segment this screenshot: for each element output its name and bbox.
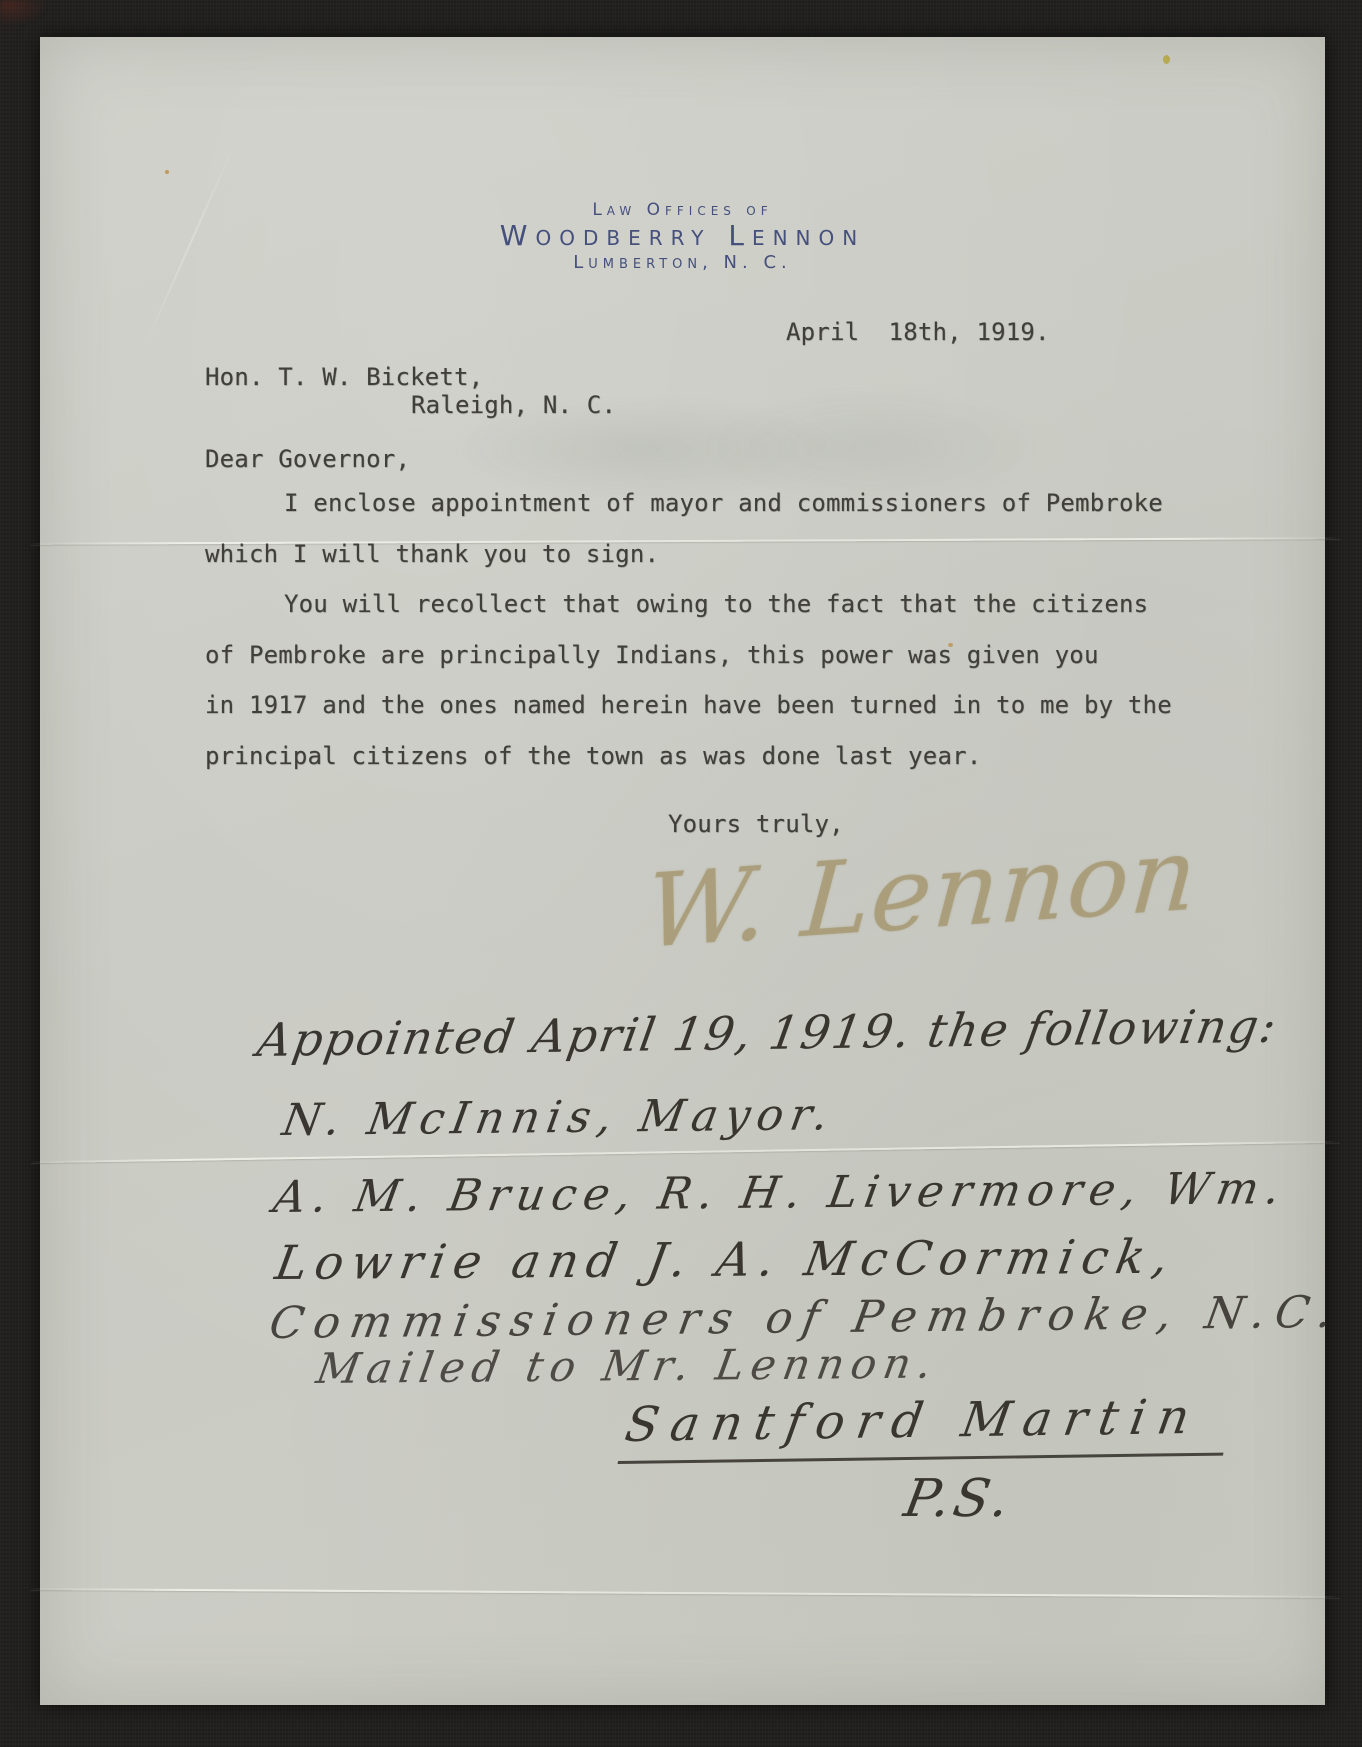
- annotation-mayor: N. McInnis, Mayor.: [279, 1089, 839, 1146]
- recipient-name: Hon. T. W. Bickett,: [205, 363, 483, 391]
- secretary-signature: Santford Martin: [618, 1389, 1234, 1464]
- body-line: of Pembroke are principally Indians, thi…: [205, 641, 1215, 692]
- letter-page: Law Offices of Woodberry Lennon Lumberto…: [40, 37, 1325, 1705]
- body-line: in 1917 and the ones named herein have b…: [205, 691, 1215, 742]
- closing: Yours truly,: [668, 810, 844, 838]
- letter-body: I enclose appointment of mayor and commi…: [205, 489, 1215, 793]
- body-line: principal citizens of the town as was do…: [205, 742, 1215, 793]
- body-line: which I will thank you to sign.: [205, 540, 1215, 591]
- paper-fold-crease-middle: [30, 1141, 1340, 1164]
- body-line: I enclose appointment of mayor and commi…: [205, 489, 1215, 540]
- paper-speck: [1163, 55, 1170, 64]
- letterhead-firm-name: Woodberry Lennon: [40, 219, 1325, 252]
- annotation-mailed-note: Mailed to Mr. Lennon.: [313, 1339, 942, 1393]
- annotation-appointed: Appointed April 19, 1919. the following:: [254, 999, 1282, 1067]
- salutation: Dear Governor,: [205, 445, 410, 473]
- letterhead-location: Lumberton, N. C.: [40, 252, 1325, 273]
- letterhead-line1: Law Offices of: [40, 200, 1325, 220]
- paper-speck: [165, 170, 169, 174]
- lennon-signature: W. Lennon: [642, 815, 1202, 972]
- annotation-commissioners-names-1: A. M. Bruce, R. H. Livermore, Wm.: [270, 1163, 1291, 1223]
- recipient-city: Raleigh, N. C.: [411, 391, 616, 419]
- annotation-commissioners-names-2: Lowrie and J. A. McCormick,: [271, 1230, 1180, 1291]
- scan-corner-stain: [0, 0, 46, 26]
- letter-date: April 18th, 1919.: [786, 318, 1050, 346]
- secretary-initials: P.S.: [900, 1469, 1018, 1529]
- scan-background: Law Offices of Woodberry Lennon Lumberto…: [0, 0, 1362, 1747]
- body-line: You will recollect that owing to the fac…: [205, 590, 1215, 641]
- paper-fold-crease-bottom: [30, 1588, 1340, 1598]
